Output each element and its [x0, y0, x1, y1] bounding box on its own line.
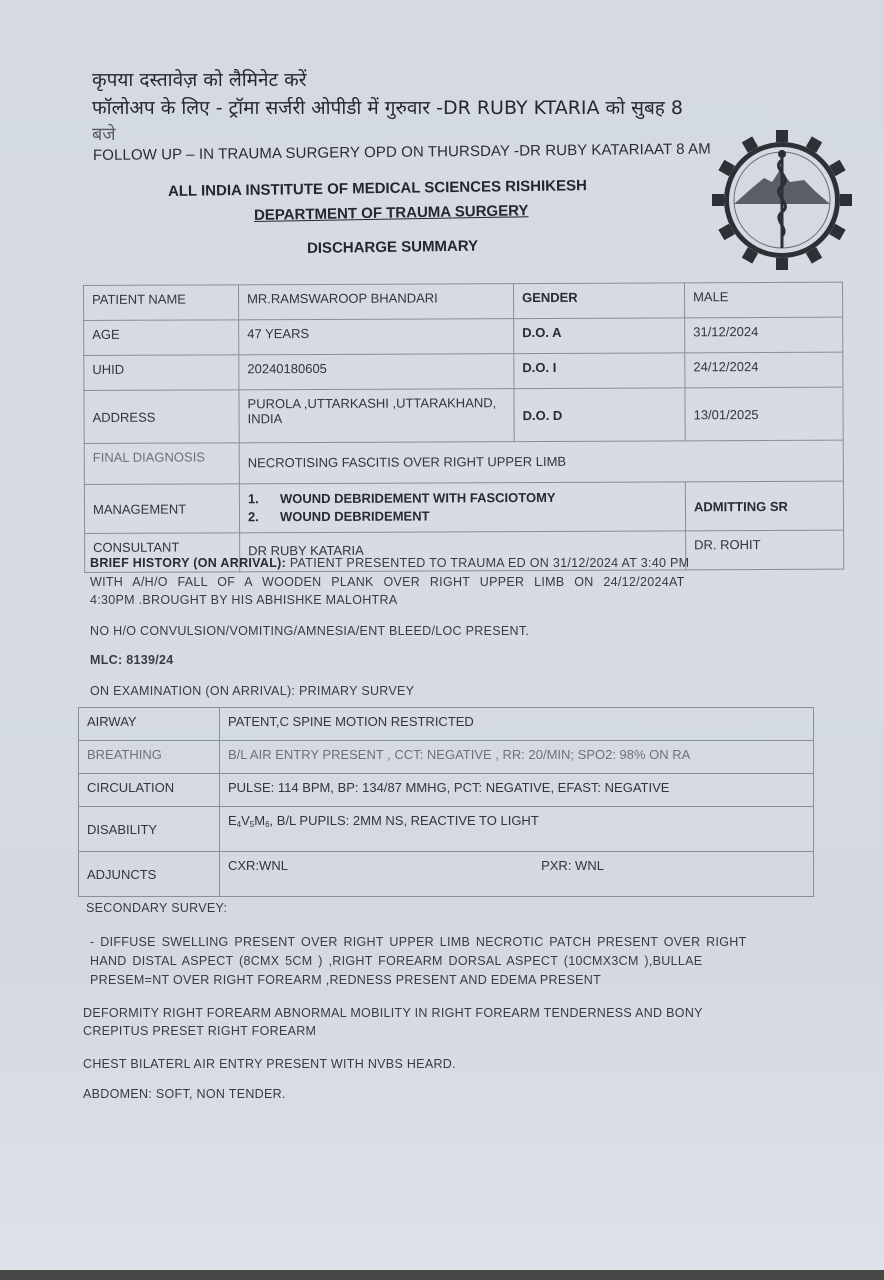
brief-history-label: BRIEF HISTORY (ON ARRIVAL): — [90, 556, 286, 570]
disability-label: DISABILITY — [79, 807, 220, 852]
management-item: 2.WOUND DEBRIDEMENT — [248, 506, 677, 526]
address-label: ADDRESS — [84, 390, 239, 444]
diagnosis-label: FINAL DIAGNOSIS — [84, 443, 239, 485]
dod-value: 13/01/2025 — [685, 387, 843, 441]
airway-value: PATENT,C SPINE MOTION RESTRICTED — [220, 708, 814, 741]
management-list: 1.WOUND DEBRIDEMENT WITH FASCIOTOMY 2.WO… — [239, 482, 685, 533]
breathing-label: BREATHING — [79, 741, 220, 774]
abdomen-findings: ABDOMEN: SOFT, NON TENDER. — [83, 1087, 286, 1101]
patient-name-value: MR.RAMSWAROOP BHANDARI — [239, 284, 514, 320]
history-negatives: NO H/O CONVULSION/VOMITING/AMNESIA/ENT B… — [90, 624, 529, 638]
hindi-followup-note: फॉलोअप के लिए - ट्रॉमा सर्जरी ओपीडी में … — [92, 94, 683, 120]
airway-label: AIRWAY — [79, 708, 220, 741]
pxr-result: PXR: WNL — [541, 858, 604, 873]
doa-value: 31/12/2024 — [685, 317, 843, 353]
diagnosis-value: NECROTISING FASCITIS OVER RIGHT UPPER LI… — [239, 440, 843, 484]
secondary-survey-heading: SECONDARY SURVEY: — [86, 901, 227, 915]
background-surface — [0, 1270, 884, 1280]
brief-history-line3: 4:30PM .BROUGHT BY HIS ABHISHKE MALOHTRA — [90, 593, 397, 607]
gender-label: GENDER — [513, 283, 684, 319]
patient-details-table: PATIENT NAME MR.RAMSWAROOP BHANDARI GEND… — [83, 282, 844, 573]
doi-label: D.O. I — [514, 353, 685, 389]
uhid-value: 20240180605 — [239, 354, 514, 390]
age-label: AGE — [84, 320, 239, 356]
doi-value: 24/12/2024 — [685, 352, 843, 388]
adjuncts-label: ADJUNCTS — [79, 852, 220, 897]
management-label: MANAGEMENT — [84, 484, 239, 534]
hindi-laminate-note: कृपया दस्तावेज़ को लैमिनेट करें — [92, 66, 307, 92]
address-value: PUROLA ,UTTARKASHI ,UTTARAKHAND, INDIA — [239, 389, 514, 443]
cxr-result: CXR:WNL — [228, 858, 287, 873]
exam-heading: ON EXAMINATION (ON ARRIVAL): PRIMARY SUR… — [90, 684, 414, 698]
secondary-survey-p2-line1: DEFORMITY RIGHT FOREARM ABNORMAL MOBILIT… — [83, 1006, 703, 1020]
gender-value: MALE — [684, 282, 842, 318]
secondary-survey-p1-line3: PRESEM=NT OVER RIGHT FOREARM ,REDNESS PR… — [90, 973, 601, 987]
secondary-survey-p1-line2: HAND DISTAL ASPECT (8CMX 5CM ) ,RIGHT FO… — [90, 954, 702, 968]
breathing-value: B/L AIR ENTRY PRESENT , CCT: NEGATIVE , … — [220, 741, 814, 774]
uhid-label: UHID — [84, 355, 239, 391]
adjuncts-value: CXR:WNL PXR: WNL — [220, 852, 814, 897]
aiims-emblem-icon — [712, 130, 852, 270]
primary-survey-table: AIRWAY PATENT,C SPINE MOTION RESTRICTED … — [78, 707, 814, 897]
circulation-label: CIRCULATION — [79, 774, 220, 807]
hindi-followup-note-cont: बजे — [92, 122, 116, 146]
chest-findings: CHEST BILATERL AIR ENTRY PRESENT WITH NV… — [83, 1057, 456, 1071]
secondary-survey-p2-line2: CREPITUS PRESET RIGHT FOREARM — [83, 1024, 316, 1038]
management-item: 1.WOUND DEBRIDEMENT WITH FASCIOTOMY — [248, 488, 677, 508]
secondary-survey-p1-line1: - DIFFUSE SWELLING PRESENT OVER RIGHT UP… — [90, 935, 747, 949]
dod-label: D.O. D — [514, 388, 685, 442]
brief-history-line1: BRIEF HISTORY (ON ARRIVAL): PATIENT PRES… — [90, 556, 689, 570]
age-value: 47 YEARS — [239, 319, 514, 355]
disability-value: E4V5M6, B/L PUPILS: 2MM NS, REACTIVE TO … — [220, 807, 814, 852]
patient-name-label: PATIENT NAME — [84, 285, 239, 321]
mlc-number: MLC: 8139/24 — [90, 653, 174, 667]
doa-label: D.O. A — [514, 318, 685, 354]
admitting-sr-value: DR. ROHIT — [686, 530, 844, 570]
admitting-sr-label: ADMITTING SR — [685, 481, 843, 531]
circulation-value: PULSE: 114 BPM, BP: 134/87 MMHG, PCT: NE… — [220, 774, 814, 807]
brief-history-line2: WITH A/H/O FALL OF A WOODEN PLANK OVER R… — [90, 575, 685, 589]
document-title: DISCHARGE SUMMARY — [307, 238, 478, 257]
